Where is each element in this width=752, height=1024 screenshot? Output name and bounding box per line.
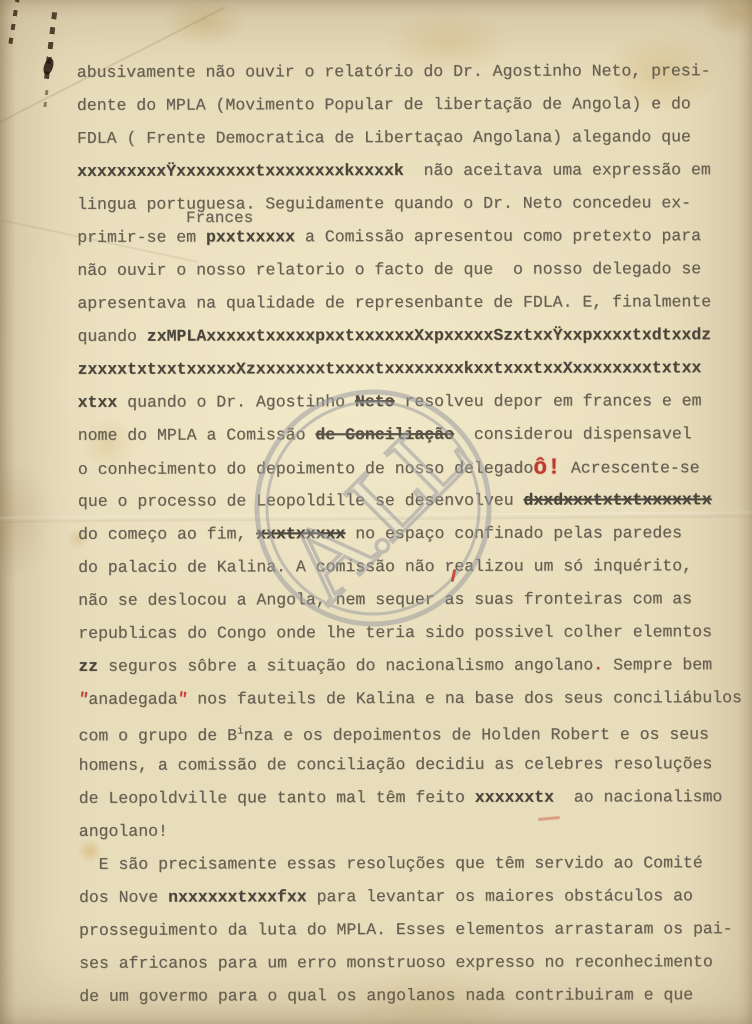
typed-segment: dxxdxxxtxtxtxxxxxtx <box>523 490 711 509</box>
scanned-typescript-page: abusivamente não ouvir o relatório do Dr… <box>0 0 752 1024</box>
typed-segment: ao nacionalismo <box>554 787 722 806</box>
typed-line: E são precisamente essas resoluções que … <box>79 846 743 881</box>
typed-segment: dos Nove <box>79 888 168 907</box>
typed-line: homens, a comissão de conciliação decidi… <box>79 747 743 782</box>
typed-segment: primir-se em <box>77 228 206 247</box>
typed-segment: para levantar os maiores obstáculos ao <box>307 886 693 906</box>
interline-correction: Frances <box>186 209 253 227</box>
typed-line: de um govermo para o qual os angolanos n… <box>79 978 743 1013</box>
typed-segment: com o grupo de B <box>79 726 237 745</box>
typed-segment: no espaço confinado pelas paredes <box>345 523 682 543</box>
typed-line: de Leopoldville que tanto mal têm feito … <box>79 780 743 815</box>
typed-segment: zxxxxtxtxxtxxxxxXzxxxxxxxtxxxxtxxxxxxxxk… <box>78 358 702 379</box>
typed-segment: ô! <box>533 455 561 481</box>
typed-segment: Acrescente-se <box>561 458 700 477</box>
typed-segment: não ouvir o nosso relatorio o facto de q… <box>77 259 701 280</box>
typed-line: xxxxxxxxxŸxxxxxxxxtxxxxxxxxkxxxxk não ac… <box>77 153 741 188</box>
typed-line: apresentava na qualidade de represenbant… <box>77 285 741 320</box>
typed-segment: ses africanos para um erro monstruoso ex… <box>79 952 713 973</box>
typed-segment: prosseguimento da luta do MPLA. Esses el… <box>79 919 733 940</box>
typed-segment: zz <box>78 657 98 676</box>
typed-segment: Neto <box>355 392 395 411</box>
typed-line: abusivamente não ouvir o relatório do Dr… <box>77 54 741 89</box>
typed-segment: homens, a comissão de conciliação decidi… <box>79 754 713 775</box>
typed-segment: do começo ao fim, <box>78 524 256 543</box>
typed-line: republicas do Congo onde lhe teria sido … <box>78 615 742 650</box>
typed-segment: E são precisamente essas resoluções que … <box>79 853 703 874</box>
typed-segment: xxxtxxxxx <box>256 524 345 543</box>
typed-line: FDLA ( Frente Democratica de Libertaçao … <box>77 120 741 155</box>
typed-segment: quando o Dr. Agostinho <box>117 392 355 412</box>
typed-segment: xxxxxxxxxŸxxxxxxxxtxxxxxxxxkxxxxk <box>77 161 404 181</box>
typed-line: do começo ao fim, xxxtxxxxx no espaço co… <box>78 516 742 551</box>
typed-segment: nza e os depoimentos de Holden Robert e … <box>244 725 709 745</box>
typed-line: xtxx quando o Dr. Agostinho Neto resolve… <box>78 384 742 419</box>
typed-line: angolano! <box>79 813 743 848</box>
typed-line: nome do MPLA a Comissão de Conciliação c… <box>78 417 742 452</box>
typed-segment: o conhecimento do depoimento de nosso de… <box>78 459 534 479</box>
typed-segment: de um govermo para o qual os angolanos n… <box>79 985 693 1006</box>
typed-segment: seguros sôbre a situação do nacionalismo… <box>98 656 593 676</box>
typed-segment: do palacio de Kalina. A comissão não rea… <box>78 556 692 577</box>
typed-line: com o grupo de Binza e os depoimentos de… <box>78 714 742 749</box>
typed-line: não se deslocou a Angola, nem sequer as … <box>78 582 742 617</box>
typed-segment: de Conciliação <box>315 425 454 444</box>
typed-line: não ouvir o nosso relatorio o facto de q… <box>77 252 741 287</box>
typed-segment: considerou dispensavel <box>454 424 692 444</box>
typed-segment: resolveu depor em frances e em <box>394 391 701 411</box>
typed-line: "anadegada" nos fauteils de Kalina e na … <box>78 681 742 716</box>
typed-segment: quando <box>77 327 146 346</box>
typed-segment: angolano! <box>79 822 168 841</box>
typed-line: zz seguros sôbre a situação do nacionali… <box>78 648 742 683</box>
typed-segment: nome do MPLA a Comissão <box>78 425 316 445</box>
typed-segment: Sempre bem <box>603 655 712 674</box>
typed-segment: . <box>593 655 603 674</box>
typed-segment: abusivamente não ouvir o relatório do Dr… <box>77 61 711 82</box>
typed-line: do palacio de Kalina. A comissão não rea… <box>78 549 742 584</box>
typed-line: prosseguimento da luta do MPLA. Esses el… <box>79 912 743 947</box>
typed-line: lingua portuguesa. Seguidamente quando o… <box>77 186 741 221</box>
text-block: abusivamente não ouvir o relatório do Dr… <box>77 54 743 1013</box>
typed-line: zxxxxtxtxxtxxxxxXzxxxxxxxtxxxxtxxxxxxxxk… <box>78 351 742 386</box>
ink-binding-mark <box>43 90 49 114</box>
typed-segment: nos fauteils de Kalina e na base dos seu… <box>187 688 742 708</box>
typed-segment: xtxx <box>78 393 118 412</box>
typed-segment: lingua portuguesa. Seguidamente quando o… <box>77 193 691 214</box>
typed-segment: não aceitava uma expressão em <box>404 160 711 180</box>
typed-segment: de Leopoldville que tanto mal têm feito <box>79 788 475 808</box>
typed-segment: a Comissão apresentou como pretexto para <box>295 226 701 246</box>
typed-line: que o processo de Leopoldille se desenvo… <box>78 483 742 518</box>
typed-segment: dente do MPLA (Movimento Popular de libe… <box>77 94 691 115</box>
typed-line: primir-se em pxxtxxxxx a Comissão aprese… <box>77 219 741 254</box>
typed-segment: anadegada <box>88 690 177 709</box>
typed-line: dente do MPLA (Movimento Popular de libe… <box>77 87 741 122</box>
ink-binding-mark <box>8 0 20 46</box>
typed-line: o conhecimento do depoimento de nosso de… <box>78 450 742 485</box>
typed-line: quando zxMPLAxxxxxtxxxxxpxxtxxxxxxXxpxxx… <box>77 318 741 353</box>
typed-line: dos Nove nxxxxxxtxxxfxx para levantar os… <box>79 879 743 914</box>
typed-segment: apresentava na qualidade de represenbant… <box>77 292 711 313</box>
typed-segment: pxxtxxxxx <box>206 227 295 246</box>
typed-line: ses africanos para um erro monstruoso ex… <box>79 945 743 980</box>
typed-segment: nxxxxxxtxxxfxx <box>168 887 307 906</box>
typed-segment: republicas do Congo onde lhe teria sido … <box>78 622 712 643</box>
ink-blot <box>42 57 56 76</box>
typed-segment: xxxxxxtx <box>475 788 554 807</box>
typed-segment: FDLA ( Frente Democratica de Libertaçao … <box>77 127 691 148</box>
typed-segment: não se deslocou a Angola, nem sequer as … <box>78 589 692 610</box>
typed-segment: que o processo de Leopoldille se desenvo… <box>78 491 524 511</box>
typed-segment: zxMPLAxxxxxtxxxxxpxxtxxxxxxXxpxxxxxSzxtx… <box>147 325 711 345</box>
